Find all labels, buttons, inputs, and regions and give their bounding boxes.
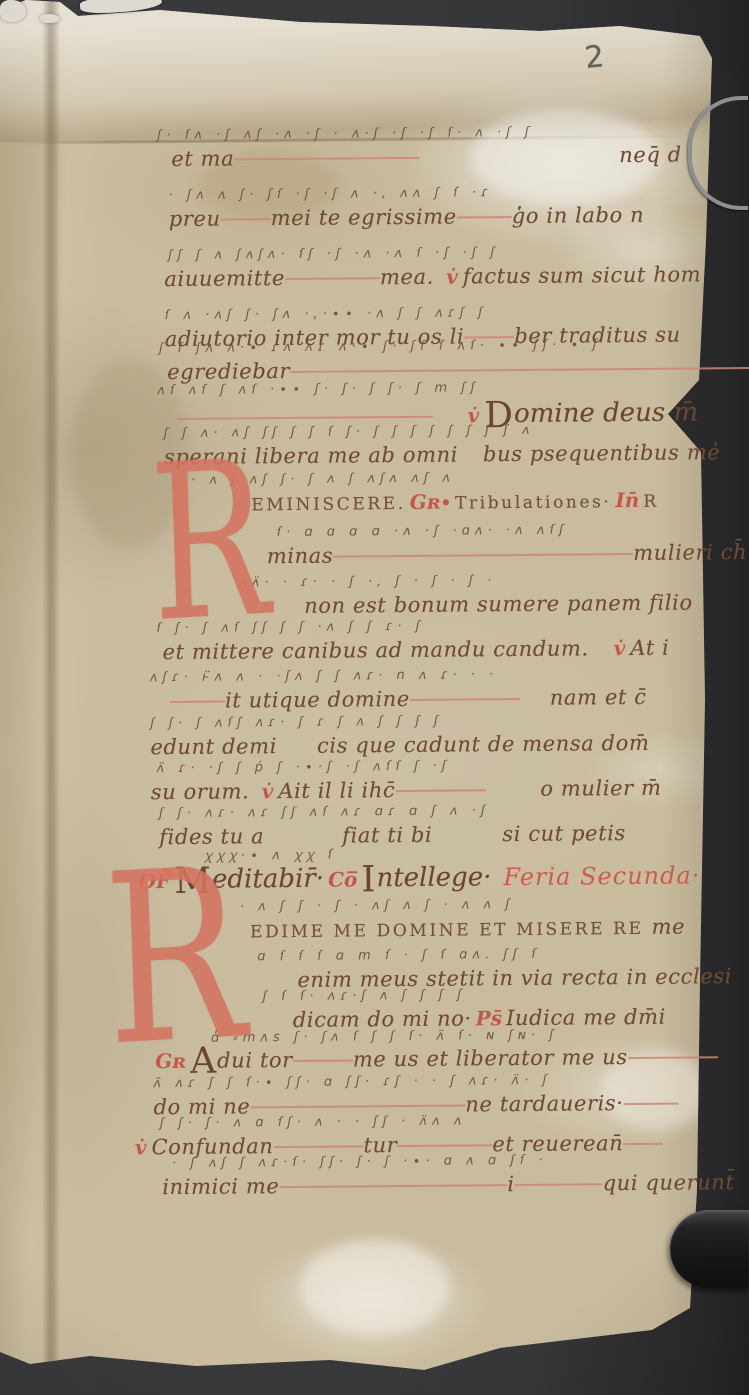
text-segment: Ait il li ihc̄ xyxy=(278,778,395,803)
manuscript-photo: 2 ʃ· ſʌ ·ʃ ʌʃ ·ʌ ·ʃ · ʌ·ʃ ·ʃ ·ʃ ſ· ʌ ·ʃ … xyxy=(0,0,749,1395)
spacer xyxy=(458,460,483,461)
red-guide-line xyxy=(293,1059,353,1062)
text-segment: me xyxy=(651,915,685,939)
text-segment: o mulier m̄ xyxy=(540,776,661,801)
neume-notation-row: ʌſ ʌſ ʃ ʌſ ·∙∙ ʃ· ʃ· ʃ ʃ· ʃ m ʃʃ xyxy=(157,380,480,398)
spacer xyxy=(419,161,619,164)
text-segment: inimici me xyxy=(162,1174,279,1199)
neume-notation-row: ʃ ʃ· ʃ ʌſʃ ʌɾ· ʃ ɾ ʃ ʌ ʃ ʃ ʃ ʃ xyxy=(150,714,443,732)
text-segment: i xyxy=(507,1172,515,1196)
text-segment: mulieri ch̄ xyxy=(633,540,747,565)
text-segment: mea. xyxy=(380,265,441,290)
red-guide-line xyxy=(273,1145,363,1148)
red-guide-line xyxy=(457,216,512,218)
text-segment: ne tardaueris· xyxy=(465,1091,623,1116)
red-guide-line xyxy=(221,218,271,220)
text-segment: su orum. xyxy=(151,779,257,804)
text-segment: et ma xyxy=(171,146,234,171)
text-segment: qui querunt̄ xyxy=(603,1170,735,1195)
red-guide-line xyxy=(285,277,380,280)
neume-notation-row: ʃ· ſʌ ·ʃ ʌʃ ·ʌ ·ʃ · ʌ·ʃ ·ʃ ·ʃ ſ· ʌ ·ʃ ʃ xyxy=(157,125,534,143)
spacer xyxy=(432,840,502,842)
text-segment: EMINISCERE. xyxy=(251,494,406,515)
versicle-mark: v̇ xyxy=(446,265,458,289)
text-segment: cis que cadunt de mensa dom̄ xyxy=(317,731,650,758)
neume-notation-row: ʃ ʃ· ʌɾ· ʌɾ ʃʃ ʌſ ʌɾ ɑɾ ɑ ʃ ʌ ·ʃ xyxy=(159,803,490,821)
red-guide-line xyxy=(623,1143,663,1145)
text-segment: preu xyxy=(169,207,221,231)
red-guide-line xyxy=(515,1183,603,1186)
red-guide-line xyxy=(624,1103,679,1105)
text-segment: I xyxy=(361,859,376,900)
manuscript-text-line: · ʃʌ ʌ ʃ· ʃſ ·ʃ ·ʃ ʌ ·, ʌʌ ʃ ſ ·ɾpreumei… xyxy=(169,205,645,243)
spacer xyxy=(589,654,609,655)
text-segment: si cut petis xyxy=(502,821,626,846)
red-guide-line xyxy=(397,1144,492,1147)
text-segment: minas xyxy=(267,544,334,569)
neume-notation-row: ʃ ſ ſ· ʌɾ·ʃ ʌ ʃ ʃ ʃ ʃ xyxy=(263,987,467,1004)
red-guide-line xyxy=(628,1056,718,1059)
rubric-abbreviation: In̄ xyxy=(615,488,639,512)
red-guide-line xyxy=(290,367,749,373)
neume-notation-row: ɑ̔ ⸗mʌs ʃ· ʃʌ ſ ʃ ʃ ſ· ʌ̈ ſ· ɴ ʃɴ· ʃ xyxy=(211,1027,559,1046)
text-segment: omine deus m̄ xyxy=(514,397,698,429)
text-segment: aiuuemitte xyxy=(164,266,285,291)
neume-notation-row: ʃ ʃ· ʃ· ʌ ɑ ſʃ· ʌ · · ʃʃ · ʌ̈ʌ ʌ xyxy=(160,1113,467,1131)
text-segment: At i xyxy=(630,636,669,660)
neume-notation-row: ʃʃ ʃ ʌ ʃʌʃʌ· ſʃ ·ʃ ·ʌ ·ʌ ſ ·ʃ ·ʃ ʃ xyxy=(168,245,500,263)
text-segment: EDIME ME DOMINE ET MISERE RE xyxy=(250,919,652,943)
spacer xyxy=(485,795,540,796)
page-weight-clip-icon xyxy=(670,1210,749,1288)
manuscript-text-line: ʃʃ ʃ ʌ ʃʌʃʌ· ſʃ ·ʃ ·ʌ ·ʌ ſ ·ʃ ·ʃ ʃaiuuem… xyxy=(164,264,701,303)
text-segment: non est bonum sumere panem filio xyxy=(304,590,693,617)
red-guide-line xyxy=(395,789,485,792)
neume-notation-row: · ʃʌ ʌ ʃ· ʃſ ·ʃ ·ʃ ʌ ·, ʌʌ ʃ ſ ·ɾ xyxy=(169,185,493,203)
text-segment: ntellege· xyxy=(376,862,491,893)
text-segment: it utique domine xyxy=(225,687,410,713)
rubric-abbreviation: Gʀ∙ xyxy=(410,490,452,514)
versicle-mark: v̇ xyxy=(614,636,626,660)
text-segment: mei te egrissime xyxy=(271,205,457,231)
illuminated-initial: R xyxy=(148,431,272,652)
text-segment: me us et liberator me us xyxy=(353,1045,628,1071)
text-segment: bus psequentibus me̍ xyxy=(483,440,721,466)
manuscript-text-block: ʃ· ſʌ ·ʃ ʌʃ ·ʌ ·ʃ · ʌ·ʃ ·ʃ ·ʃ ſ· ʌ ·ʃ ʃe… xyxy=(0,0,749,1395)
neume-notation-row: ſ ʌ ·ʌʃ ʃ· ʃʌ ·,·∙∙ ·ʌ ʃ ʃ ʌɾʃ ʃ xyxy=(165,305,488,323)
manuscript-text-line: · ʌ ʃ ʌʃ ʃ· ʃ ʌ ʃ ʌʃʌ ʌʃ ʌEMINISCERE.Gʀ∙… xyxy=(251,490,659,528)
versicle-mark: v̇ xyxy=(135,1135,147,1159)
red-guide-line xyxy=(234,157,419,161)
text-segment: egrediebar xyxy=(167,359,290,384)
red-guide-line xyxy=(279,1184,507,1188)
text-segment: nam et c̄ xyxy=(550,685,647,710)
spacer xyxy=(491,884,503,885)
text-segment: fiat ti bi xyxy=(342,823,432,848)
text-segment: g̔o in labo n xyxy=(512,203,645,228)
rubric-heading: Feria Secunda· xyxy=(503,861,700,891)
spacer xyxy=(264,842,342,844)
neume-notation-row: ʌʃɾ· ⱶ̈ʌ ʌ · ·ʃʌ ʃ ʃ ʌɾ· n ʌ ɾ· · · xyxy=(150,667,499,685)
neume-notation-row: ɑ ſ ſ ſ ɑ m ſ · ʃ ſ ɑʌ. ʃʃ ſ xyxy=(257,947,541,964)
illuminated-initial: R xyxy=(101,837,247,1079)
text-segment: neq̄ d xyxy=(619,143,682,168)
neume-notation-row: · ʌ ʃ ʃ · ʃ · ʌʃ ʌ ʃ · ʌ ʌ ʃ xyxy=(240,897,515,914)
text-segment: Tribulationes· xyxy=(455,492,612,513)
spacer xyxy=(277,752,317,753)
neume-notation-row: ſ· ɑ ɑ ɑ ɑ ·ʌ ·ʃ ·ɑʌ· ·ʌ ʌſʃ xyxy=(276,523,568,541)
manuscript-text-line: ʃ· ſʌ ·ʃ ʌʃ ·ʌ ·ʃ · ʌ·ʃ ·ʃ ·ʃ ſ· ʌ ·ʃ ʃe… xyxy=(171,145,682,183)
spacer xyxy=(520,704,550,705)
neume-notation-row: ʌ̈ ɾ· ·ʃ ʃ ṕ ʃ ·∙·ʃ ·ʃ ʌſſ ʃ ·ʃ xyxy=(157,759,452,777)
red-guide-line xyxy=(410,698,520,701)
versicle-mark: v̇ xyxy=(262,779,274,803)
red-guide-line xyxy=(250,1104,465,1108)
text-segment: edunt demi xyxy=(150,734,277,759)
text-segment: R xyxy=(643,492,659,512)
neume-notation-row: · ʃ ʌʃ ʃ ʌɾ·ſ· ʃʃ· ʃ· ʃ ·∙· ɑ ʌ ɑ ʃſ · xyxy=(172,1153,548,1171)
neume-notation-row: ʌʌ̈· · ɾ· · ʃ ·, ʃ · ʃ · ʃ · xyxy=(239,573,497,590)
rubric-abbreviation: Co̅ xyxy=(328,867,357,891)
red-guide-line xyxy=(333,553,633,558)
red-guide-line xyxy=(170,701,225,703)
text-segment: factus sum sicut hom xyxy=(463,262,702,288)
manuscript-text-line: · ʃ ʌʃ ʃ ʌɾ·ſ· ʃʃ· ʃ· ʃ ·∙· ɑ ʌ ɑ ʃſ ·in… xyxy=(162,1172,735,1211)
